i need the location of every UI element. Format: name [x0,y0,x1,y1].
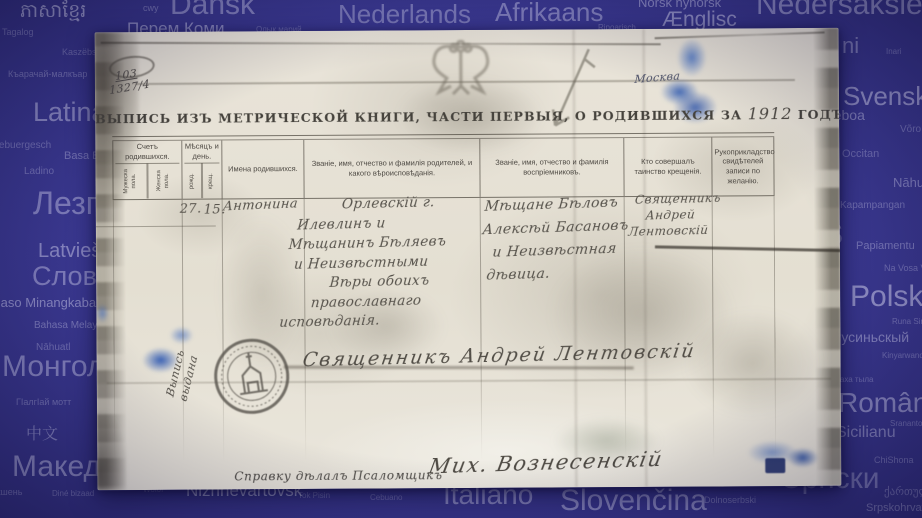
handwriting-line: и Неизвѣстная [491,237,627,264]
clerk-caption: Справку дѣлалъ Псаломщикъ [234,468,442,483]
background-language-label: cwy [143,4,159,14]
header-cell-godparents: Званіе, имя, отчество и фамилія воспріем… [480,138,624,197]
handwriting-line: Вѣры обоихъ [329,271,444,293]
background-language-label: Nāhuatl [893,176,922,190]
godparents-text: Мѣщане БѣловъАлексѣй Басановъи Неизвѣстн… [477,191,631,288]
ink-stamp-mark [765,458,785,473]
background-language-label: Монгол [2,350,104,383]
background-language-label: 中文 [26,426,58,444]
background-language-label: Runa Simi [892,318,922,327]
background-language-label: Lëtzebuergesch [0,140,51,151]
handwriting-line: Священникъ [634,190,721,208]
title-text: ГОДЪ. [798,107,842,122]
header-cell-count: Счетъ родившихся. Мужеска пола. Женска п… [112,141,182,199]
background-language-label: Slovenčina [560,484,707,517]
handwriting-line: Андрей [645,206,720,224]
handwriting-line: Орлевскій г. [341,193,450,215]
handwriting-line: исповѣданія. [278,310,440,333]
background-language-label: Ladino [24,166,54,177]
church-stamp-icon [206,331,297,422]
background-language-label: Occitan [842,148,879,160]
handwriting-line: Лентовскій [628,222,719,240]
background-language-label: Inari [886,48,902,57]
background-language-label: Къарачай-малкъар [8,70,87,80]
birth-day-value: 27. [180,202,202,217]
background-language-label: Võro [900,124,921,135]
header-cell-names: Имена родившихся. [222,140,304,198]
document-title: ВЫПИСЬ ИЗЪ МЕТРИЧЕСКОЙ КНИГИ, ЧАСТИ ПЕРВ… [95,104,839,128]
background-language-label: Na Vosa Vakaviti [884,264,922,274]
header-subcell: рожд. [184,163,202,198]
background-language-label: ni [842,34,859,58]
header-cell-priest: Кто совершалъ таинство крещенія. [624,138,712,197]
document-photo: 103 1327/4 Москва ВЫПИСЬ ИЗЪ МЕТРИЧЕСКОЙ… [95,28,842,491]
background-language-label: Diné bizaad [52,490,94,499]
background-language-label: ភាសាខ្មែរ [20,2,86,23]
background-language-label: Dansk [170,0,255,21]
header-subcell: Женска пола. [147,163,179,198]
background-language-label: ChiShona [874,456,914,466]
background-language-label: Polski [850,280,922,313]
header-subrow: рожд. крещ. [184,162,219,198]
header-cell-parents: Званіе, имя, отчество и фамилія родителе… [304,139,480,198]
background-language-label: Tagalog [2,28,34,38]
record-table: Счетъ родившихся. Мужеска пола. Женска п… [112,132,776,462]
background-language-label: Русиньскый [832,330,909,345]
background-language-label: Nederlands [338,0,471,29]
priest-text: СвященникъАндрейЛентовскій [626,190,722,240]
header-subrow: Мужеска пола. Женска пола. [115,162,179,198]
ink-blot [96,304,108,322]
background-language-label: Papiamentu [856,240,915,252]
header-title: Мѣсяцъ и день. [184,142,219,162]
header-title: Счетъ родившихся. [115,142,179,162]
background-language-label: Afrikaans [495,0,603,27]
background-language-label: Română [838,388,922,419]
double-eagle-emblem-icon [421,40,501,110]
background-language-label: ГӀалгӀай мотт [16,398,71,408]
background-language-label: Baso Minangkabau [0,296,103,310]
header-subcell: крещ. [202,163,220,198]
background-language-label: Мокшень [0,488,22,498]
background-language-label: Srpskohrvatski [866,502,922,514]
background-language-label: Sicilianu [836,424,896,442]
background-language-label: Cebuano [370,494,402,503]
title-text: ВЫПИСЬ ИЗЪ МЕТРИЧЕСКОЙ КНИГИ, ЧАСТИ ПЕРВ… [95,107,742,126]
parents-text: Орлевскій г.Илевлинъ иМѣщанинъ Бѣляевъи … [264,193,450,334]
background-language-label: Nedersaksies [756,0,922,21]
header-cell-witness: Рукоприкладство свидѣтелей записи по жел… [712,137,774,195]
background-language-label: ქართული [884,486,922,498]
background-language-label: Kapampangan [840,200,905,211]
handwriting-line: дѣвица. [485,260,625,288]
background-language-label: Dolnoserbski [704,496,756,506]
background-language-label: Tok Pisin [298,492,330,501]
header-subcell: Мужеска пола. [115,163,147,198]
background-language-label: Bahasa Melayu [34,320,103,331]
title-year-handwritten: 1912 [748,104,793,123]
header-cell-month: Мѣсяцъ и день. рожд. крещ. [182,140,222,198]
paper-edge-right [813,28,842,486]
background-language-label: Kinyarwanda [882,352,922,361]
page: ភាសាខ្មែរDanskcwyПерем КомиNederlandsAfr… [0,0,922,518]
